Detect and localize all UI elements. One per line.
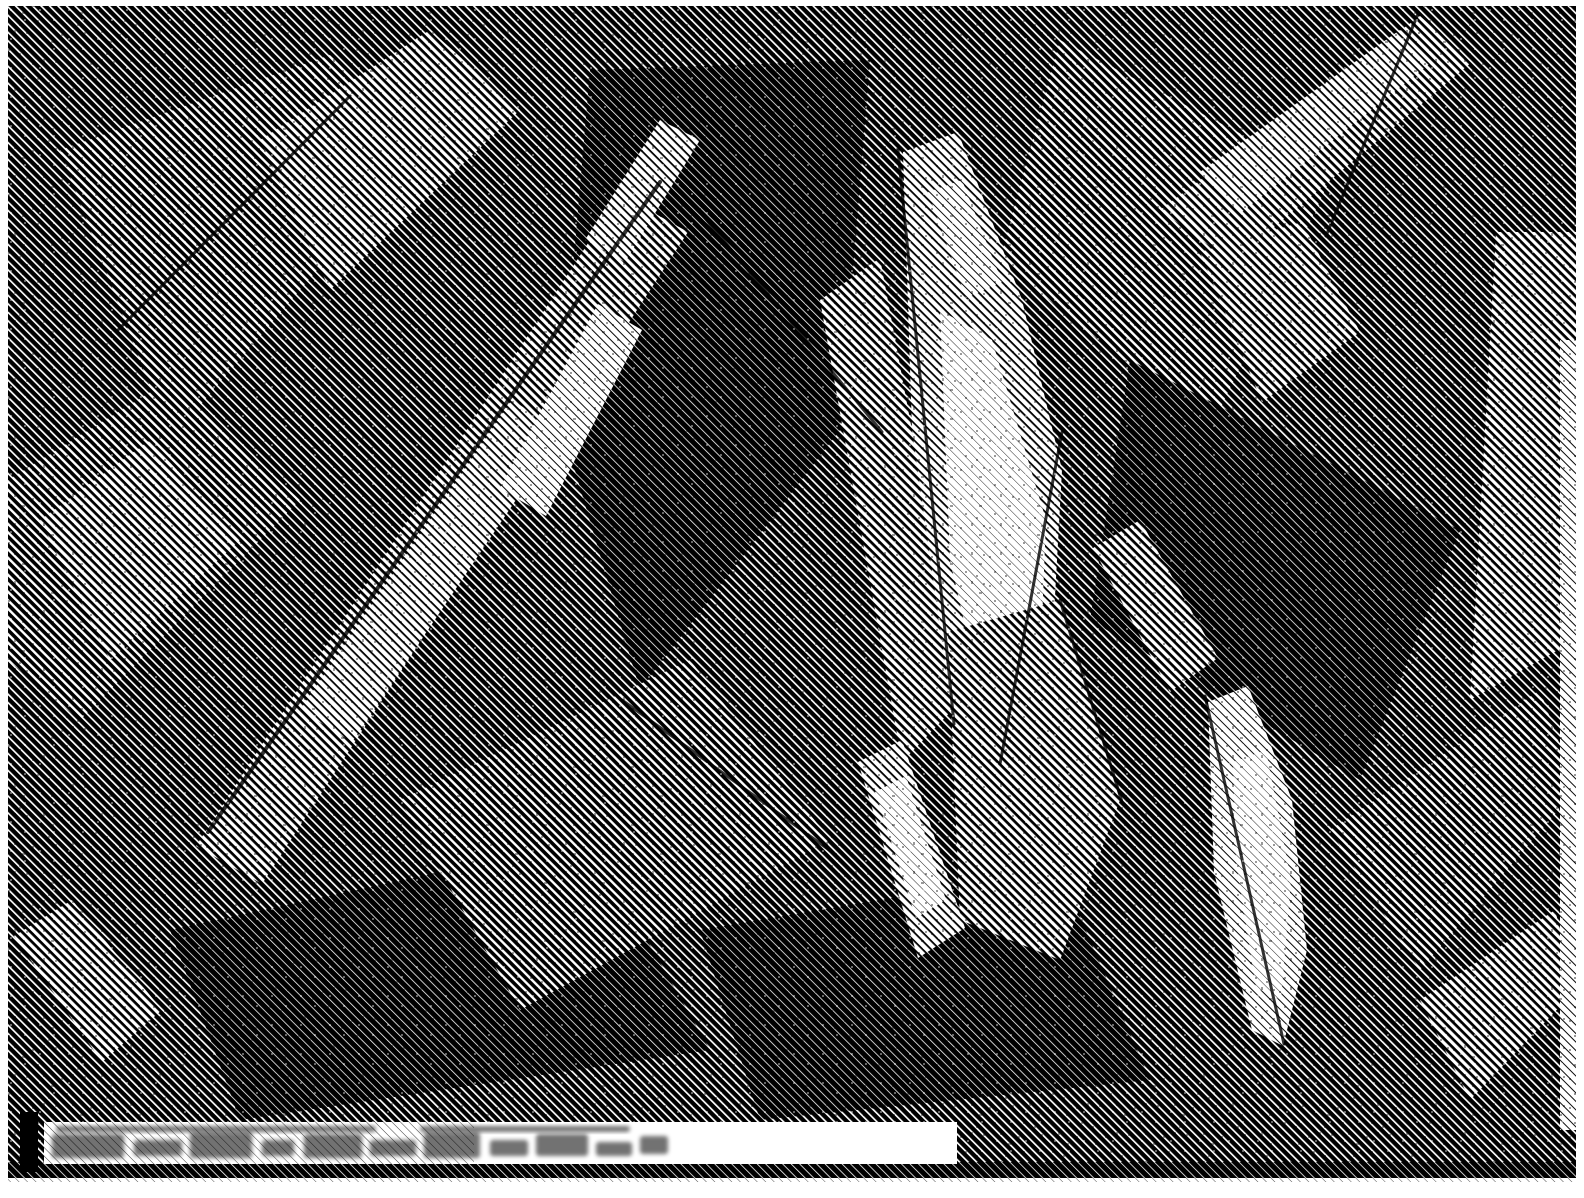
scale-bar-left-block (20, 1112, 38, 1172)
status-bar-text-smudge-5 (304, 1134, 362, 1158)
status-bar-text-smudge-8 (490, 1140, 528, 1156)
status-bar-text-smudge-2 (134, 1140, 182, 1156)
noise-overlay (8, 6, 1576, 1178)
status-bar-text-smudge-12 (56, 1126, 376, 1132)
status-bar-text-smudge-1 (52, 1134, 124, 1158)
sem-micrograph (0, 0, 1584, 1198)
bottom-strip-dot-row (8, 1178, 1576, 1182)
status-bar-text-smudge-6 (370, 1140, 416, 1156)
status-bar-text-smudge-11 (640, 1136, 668, 1154)
status-bar-text-smudge-10 (596, 1142, 632, 1156)
status-bar-text-smudge-3 (190, 1132, 252, 1158)
status-bar-text-smudge-9 (536, 1134, 588, 1156)
status-bar-text-smudge-13 (420, 1126, 630, 1132)
status-bar-text-smudge-4 (262, 1140, 294, 1156)
status-bar-text-smudge-7 (424, 1132, 480, 1158)
scanned-page (0, 0, 1584, 1198)
bottom-dark-band (8, 1162, 1576, 1178)
micrograph-svg (0, 0, 1584, 1198)
